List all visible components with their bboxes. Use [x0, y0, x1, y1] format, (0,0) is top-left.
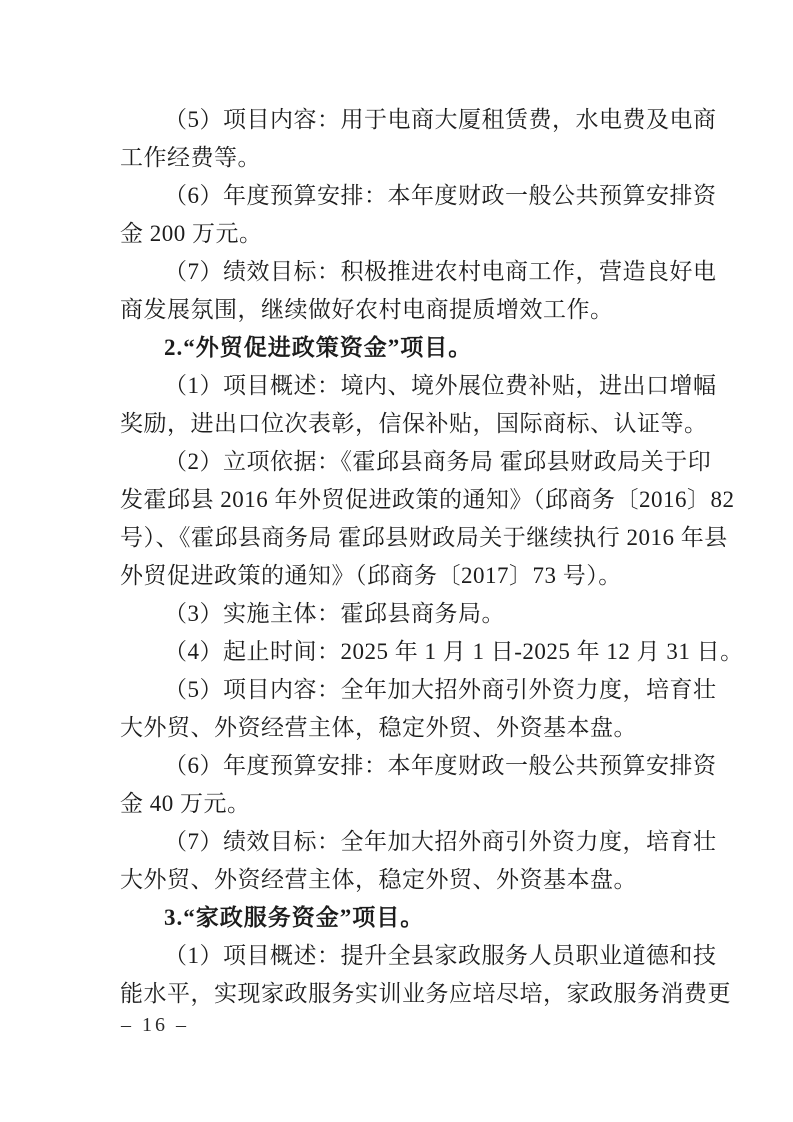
document-page: （5）项目内容：用于电商大厦租赁费，水电费及电商工作经费等。（6）年度预算安排：…: [0, 0, 793, 1122]
section-heading: 2.“外贸促进政策资金”项目。: [120, 329, 677, 367]
text-line: （2）立项依据：《霍邱县商务局 霍邱县财政局关于印: [120, 443, 677, 481]
paragraph: （4）起止时间：2025 年 1 月 1 日-2025 年 12 月 31 日。: [120, 633, 677, 671]
text-line: （1）项目概述：境内、境外展位费补贴，进出口增幅: [120, 367, 677, 405]
text-line: 大外贸、外资经营主体，稳定外贸、外资基本盘。: [120, 709, 677, 747]
paragraph: （7）绩效目标：积极推进农村电商工作，营造良好电商发展氛围，继续做好农村电商提质…: [120, 253, 677, 329]
text-line: （5）项目内容：用于电商大厦租赁费，水电费及电商: [120, 101, 677, 139]
paragraph: （3）实施主体：霍邱县商务局。: [120, 595, 677, 633]
paragraph: （5）项目内容：全年加大招外商引外资力度，培育壮大外贸、外资经营主体，稳定外贸、…: [120, 671, 677, 747]
text-line: 发霍邱县 2016 年外贸促进政策的通知》（邱商务〔2016〕82: [120, 481, 677, 519]
page-number: – 16 –: [121, 1014, 189, 1036]
page-footer: – 16 –: [121, 1008, 189, 1042]
text-line: （5）项目内容：全年加大招外商引外资力度，培育壮: [120, 671, 677, 709]
paragraph: （1）项目概述：提升全县家政服务人员职业道德和技能水平，实现家政服务实训业务应培…: [120, 937, 677, 1013]
text-line: 号）、《霍邱县商务局 霍邱县财政局关于继续执行 2016 年县: [120, 519, 677, 557]
text-line: 工作经费等。: [120, 139, 677, 177]
paragraph: （6）年度预算安排：本年度财政一般公共预算安排资金 40 万元。: [120, 747, 677, 823]
text-line: 外贸促进政策的通知》（邱商务〔2017〕73 号）。: [120, 557, 677, 595]
text-line: 大外贸、外资经营主体，稳定外贸、外资基本盘。: [120, 861, 677, 899]
text-line: 商发展氛围，继续做好农村电商提质增效工作。: [120, 291, 677, 329]
text-line: （6）年度预算安排：本年度财政一般公共预算安排资: [120, 177, 677, 215]
text-line: （3）实施主体：霍邱县商务局。: [120, 595, 677, 633]
paragraph: （7）绩效目标：全年加大招外商引外资力度，培育壮大外贸、外资经营主体，稳定外贸、…: [120, 823, 677, 899]
text-line: （6）年度预算安排：本年度财政一般公共预算安排资: [120, 747, 677, 785]
paragraph: （2）立项依据：《霍邱县商务局 霍邱县财政局关于印发霍邱县 2016 年外贸促进…: [120, 443, 677, 595]
text-line: （7）绩效目标：积极推进农村电商工作，营造良好电: [120, 253, 677, 291]
text-line: 金 40 万元。: [120, 785, 677, 823]
text-line: 能水平，实现家政服务实训业务应培尽培，家政服务消费更: [120, 975, 677, 1013]
text-line: （7）绩效目标：全年加大招外商引外资力度，培育壮: [120, 823, 677, 861]
text-line: 2.“外贸促进政策资金”项目。: [120, 329, 677, 367]
text-line: 3.“家政服务资金”项目。: [120, 899, 677, 937]
paragraph: （5）项目内容：用于电商大厦租赁费，水电费及电商工作经费等。: [120, 101, 677, 177]
text-line: （4）起止时间：2025 年 1 月 1 日-2025 年 12 月 31 日。: [120, 633, 677, 671]
paragraph: （1）项目概述：境内、境外展位费补贴，进出口增幅奖励，进出口位次表彰，信保补贴，…: [120, 367, 677, 443]
paragraph: （6）年度预算安排：本年度财政一般公共预算安排资金 200 万元。: [120, 177, 677, 253]
document-body: （5）项目内容：用于电商大厦租赁费，水电费及电商工作经费等。（6）年度预算安排：…: [120, 101, 677, 1013]
section-heading: 3.“家政服务资金”项目。: [120, 899, 677, 937]
text-line: 奖励，进出口位次表彰，信保补贴，国际商标、认证等。: [120, 405, 677, 443]
text-line: （1）项目概述：提升全县家政服务人员职业道德和技: [120, 937, 677, 975]
text-line: 金 200 万元。: [120, 215, 677, 253]
